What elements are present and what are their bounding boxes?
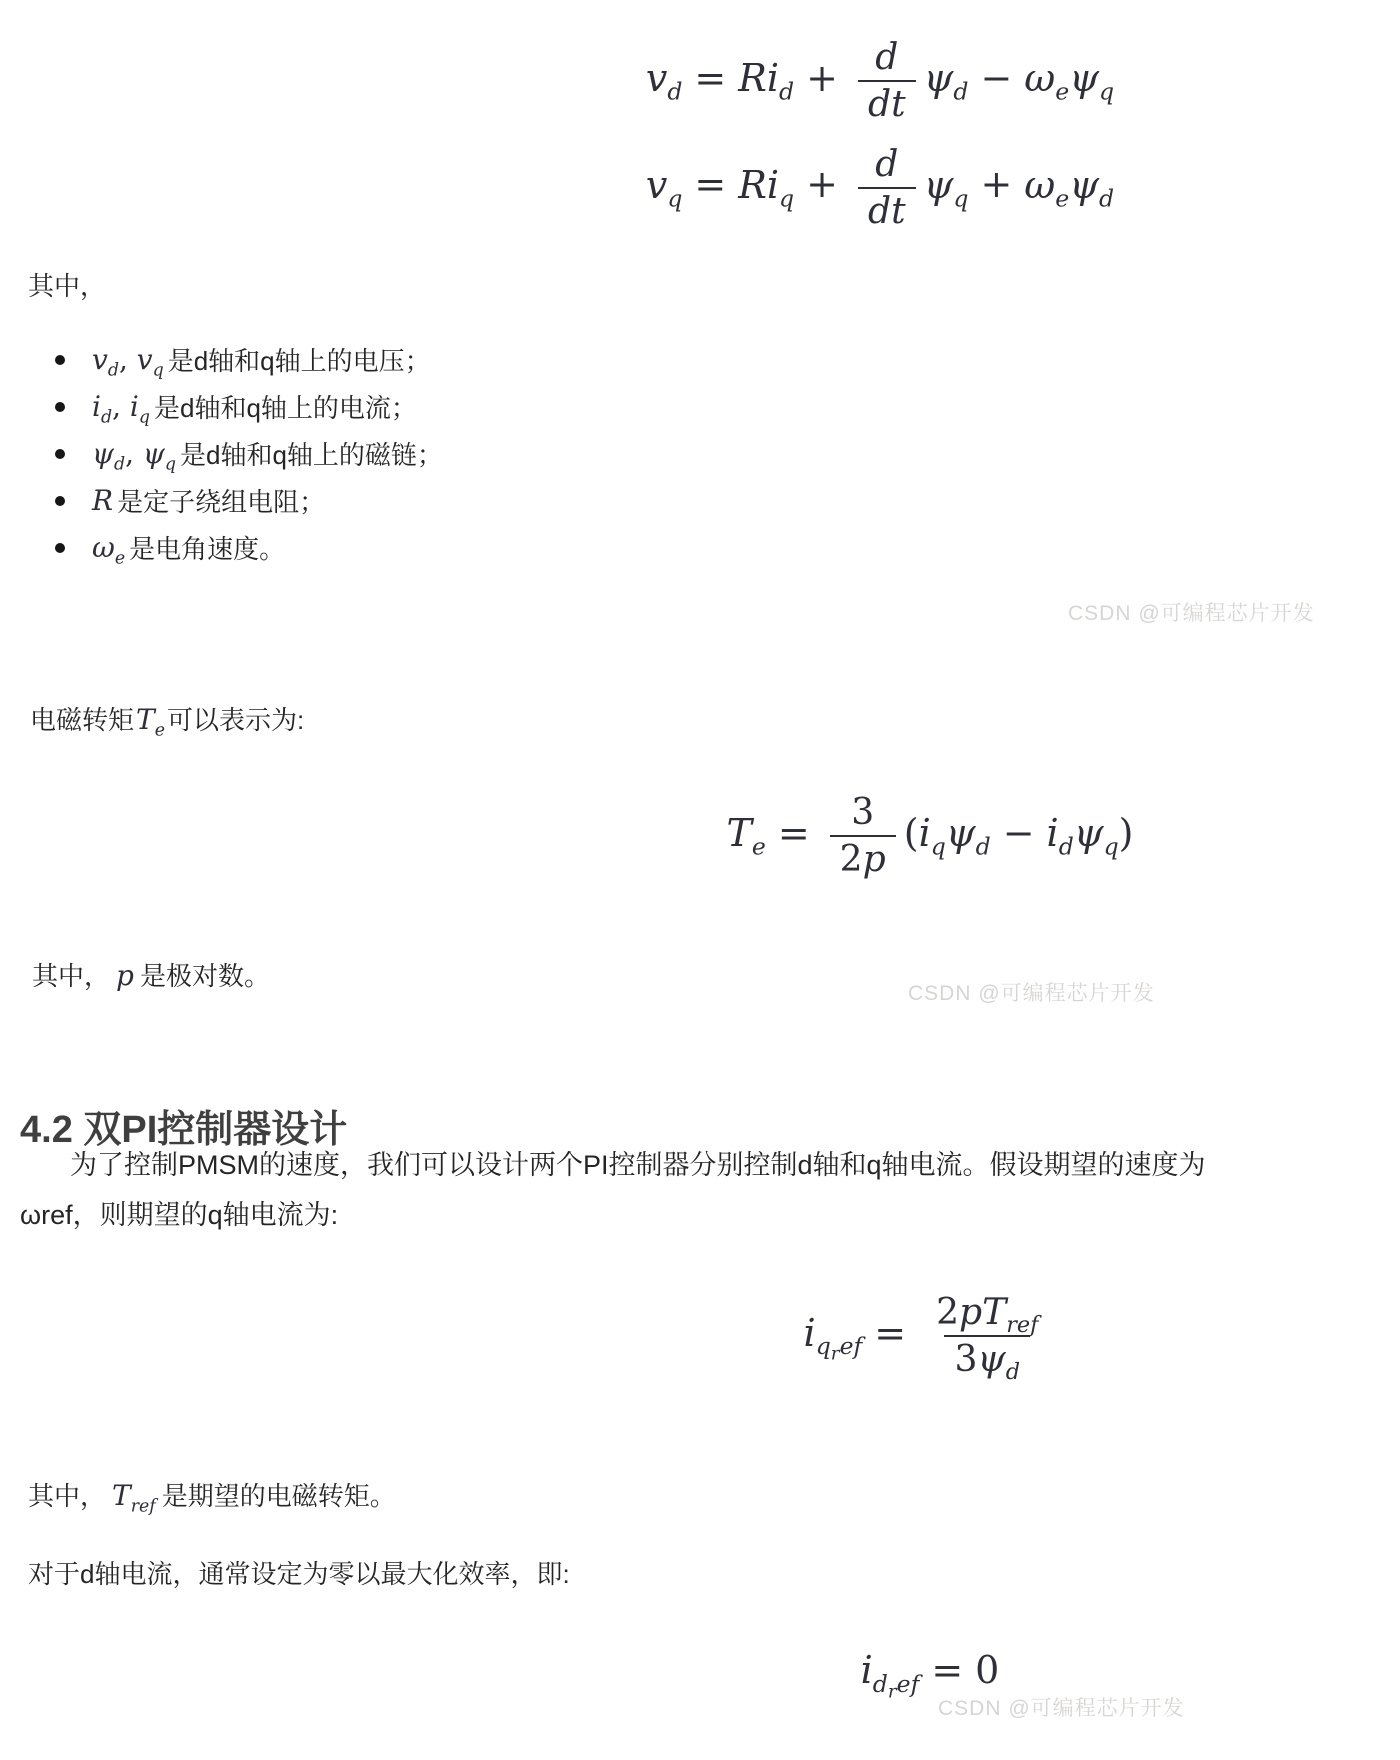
torque-intro-line: 电磁转矩Te可以表示为: xyxy=(30,702,304,738)
list-item-math: id, iq xyxy=(92,390,150,423)
tref-symbol-math: Tref xyxy=(112,1479,156,1512)
list-item-math: R xyxy=(92,484,113,517)
list-item: id, iq 是d轴和q轴上的电流； xyxy=(55,383,443,430)
equation-idref: idref=0 xyxy=(460,1648,1400,1692)
csdn-watermark: CSDN @可编程芯片开发 xyxy=(908,977,1155,1007)
list-item-text: 是d轴和q轴上的电流； xyxy=(154,388,417,425)
equation-vd: vd=Rid+ddtψd−ωeψq xyxy=(360,35,1400,128)
csdn-watermark: CSDN @可编程芯片开发 xyxy=(1068,597,1315,627)
pole-pairs-pre-text: 其中， xyxy=(32,961,110,991)
tref-post-text: 是期望的电磁转矩。 xyxy=(162,1481,396,1511)
document-page: vd=Rid+ddtψd−ωeψq vq=Riq+ddtψq+ωeψd 其中， … xyxy=(0,0,1400,1760)
where-intro-text: 其中， xyxy=(28,268,106,304)
list-item-text: 是定子绕组电阻； xyxy=(117,482,325,519)
list-item-text: 是d轴和q轴上的电压； xyxy=(168,341,431,378)
paragraph-line-1: 为了控制PMSM的速度，我们可以设计两个PI控制器分别控制d轴和q轴电流。假设期… xyxy=(70,1150,1206,1180)
tref-line: 其中，Tref是期望的电磁转矩。 xyxy=(28,1478,396,1514)
bullet-dot-icon xyxy=(55,496,65,506)
voltage-equations-block: vd=Rid+ddtψd−ωeψq vq=Riq+ddtψq+ωeψd xyxy=(0,35,1400,248)
torque-pre-text: 电磁转矩 xyxy=(30,705,134,735)
list-item-text: 是电角速度。 xyxy=(129,529,285,566)
pole-pairs-line: 其中，p是极对数。 xyxy=(32,958,270,994)
equation-vq: vq=Riq+ddtψq+ωeψd xyxy=(360,142,1400,235)
equation-iqref: iqref=2pTref3ψd xyxy=(460,1290,1400,1383)
bullet-dot-icon xyxy=(55,543,65,553)
bullet-dot-icon xyxy=(55,355,65,365)
list-item: vd, vq 是d轴和q轴上的电压； xyxy=(55,336,443,383)
list-item: ωe 是电角速度。 xyxy=(55,524,443,571)
list-item-text: 是d轴和q轴上的磁链； xyxy=(180,435,443,472)
id-ref-equation-block: idref=0 xyxy=(0,1648,1400,1706)
torque-post-text: 可以表示为: xyxy=(167,705,304,735)
pole-pairs-math: p xyxy=(116,959,134,992)
torque-symbol-math: Te xyxy=(136,703,165,736)
pole-pairs-post-text: 是极对数。 xyxy=(140,961,270,991)
bullet-dot-icon xyxy=(55,402,65,412)
csdn-watermark: CSDN @可编程芯片开发 xyxy=(938,1692,1185,1722)
list-item-math: ψd, ψq xyxy=(92,437,176,470)
list-item-math: ωe xyxy=(92,531,125,564)
list-item: R 是定子绕组电阻； xyxy=(55,477,443,524)
body-paragraph: 为了控制PMSM的速度，我们可以设计两个PI控制器分别控制d轴和q轴电流。假设期… xyxy=(20,1140,1390,1240)
tref-pre-text: 其中， xyxy=(28,1481,106,1511)
bullet-dot-icon xyxy=(55,449,65,459)
iq-ref-equation-block: iqref=2pTref3ψd xyxy=(0,1290,1400,1397)
list-item-math: vd, vq xyxy=(92,343,164,376)
list-item: ψd, ψq 是d轴和q轴上的磁链； xyxy=(55,430,443,477)
torque-equation-block: Te=32p(iqψd−idψq) xyxy=(0,790,1400,897)
equation-te: Te=32p(iqψd−idψq) xyxy=(460,790,1400,883)
symbol-definition-list: vd, vq 是d轴和q轴上的电压； id, iq 是d轴和q轴上的电流； ψd… xyxy=(55,336,443,571)
paragraph-line-2: ωref，则期望的q轴电流为: xyxy=(20,1200,338,1230)
d-axis-note-line: 对于d轴电流，通常设定为零以最大化效率，即: xyxy=(28,1556,570,1592)
